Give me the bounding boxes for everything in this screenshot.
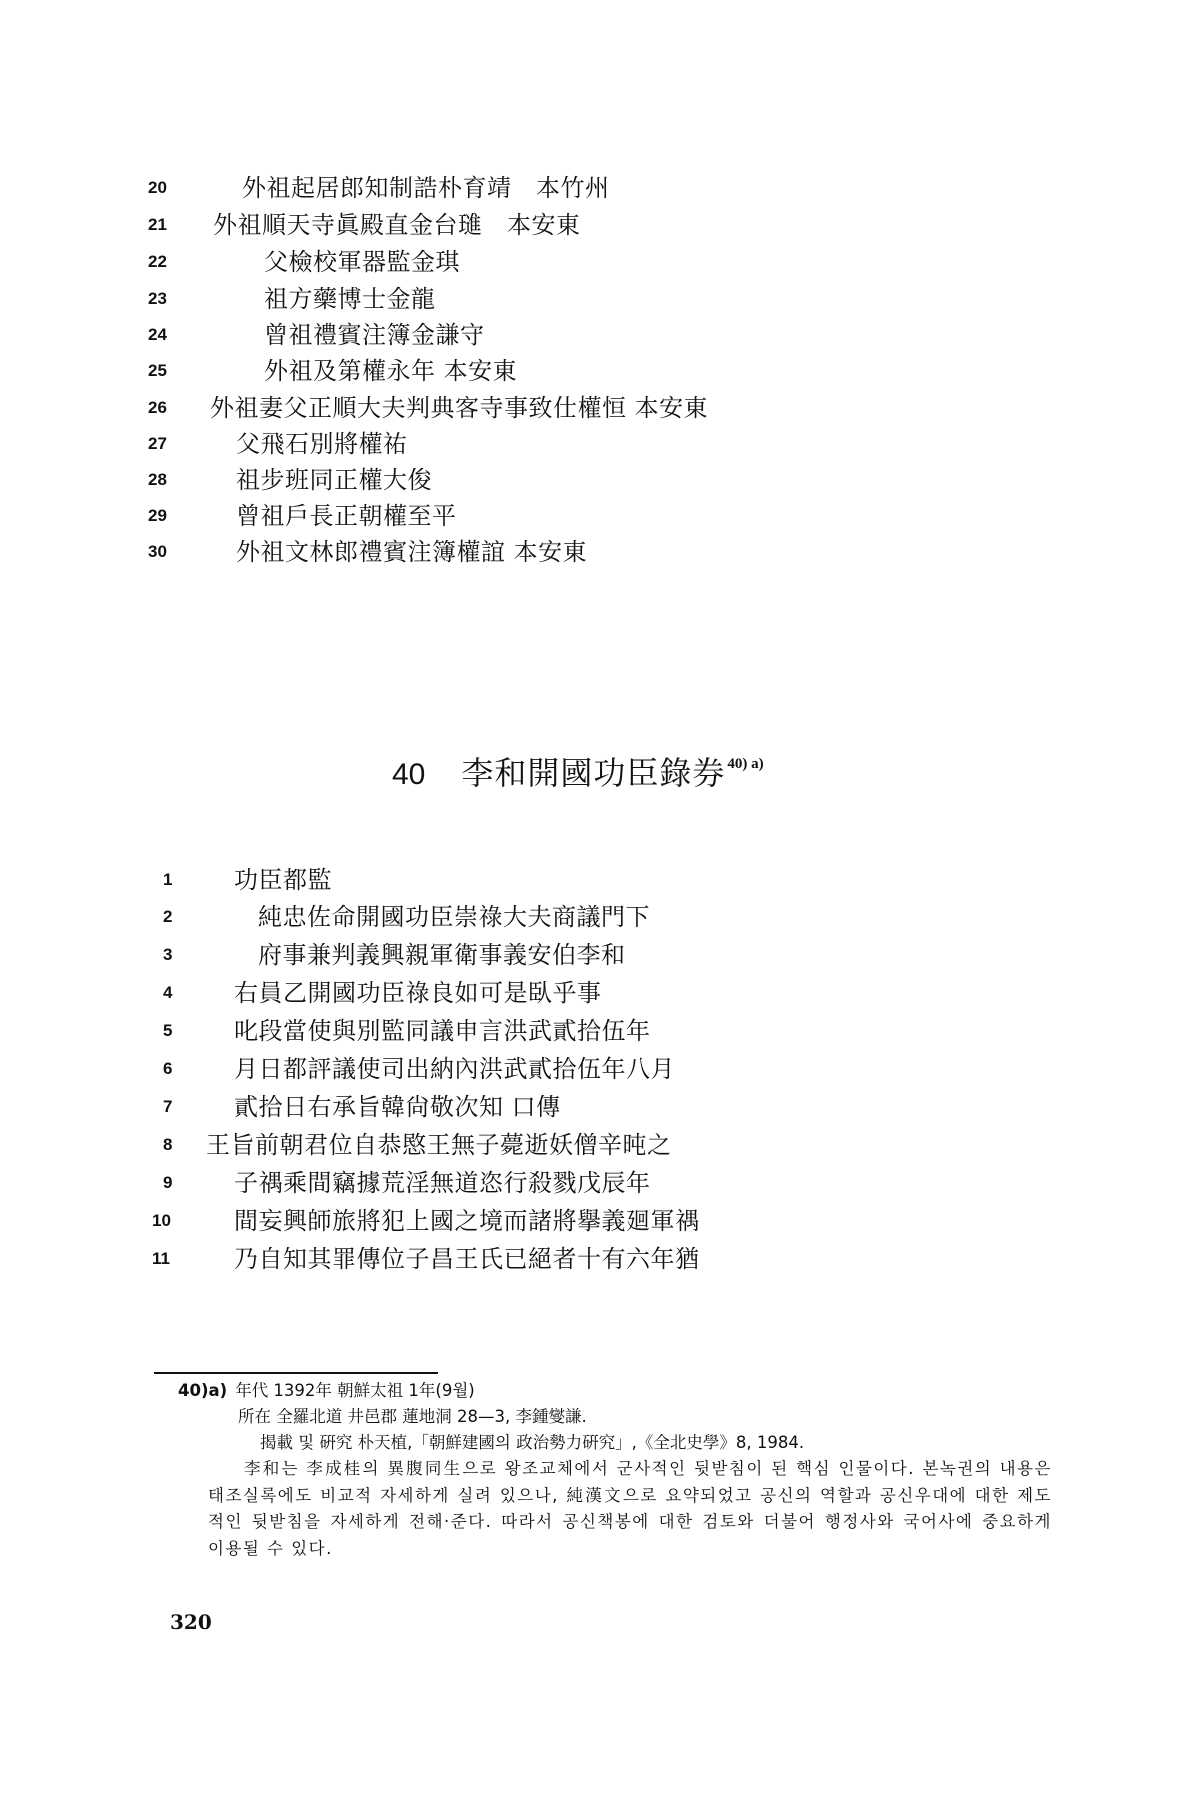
line-number: 4 — [163, 975, 203, 1011]
line-text: 父檢校軍器監金琪 — [264, 244, 460, 280]
line-number: 22 — [148, 244, 188, 280]
line-number: 5 — [163, 1013, 203, 1049]
line-number: 9 — [163, 1165, 203, 1201]
line-number: 3 — [163, 937, 203, 973]
footnote-era: 年代 1392年 朝鮮太祖 1年(9월) — [235, 1381, 475, 1400]
line-text: 王旨前朝君位自恭愍王無子薨逝妖僧辛旽之 — [206, 1127, 672, 1163]
line-text: 曾祖戶長正朝權至平 — [236, 498, 457, 534]
document-page: 20 外祖起居郎知制誥朴育靖 本竹州 21 外祖順天寺眞殿直金台璡 本安東 22… — [0, 0, 1200, 1800]
line-text: 月日都評議使司出納內洪武貳拾伍年八月 — [234, 1051, 675, 1087]
section-number: 40 — [392, 758, 425, 791]
line-number: 26 — [148, 390, 188, 426]
line-text: 外祖及第權永年 本安東 — [264, 353, 517, 389]
line-number: 29 — [148, 498, 188, 534]
footnote-location: 所在 全羅北道 井邑郡 蓮地洞 28—3, 李鍾燮謙. — [238, 1404, 587, 1430]
footnote-publication: 揭載 및 硏究 朴天植,「朝鮮建國의 政治勢力硏究」,《全北史學》8, 1984… — [260, 1430, 804, 1456]
line-number: 10 — [152, 1203, 192, 1239]
line-number: 25 — [148, 353, 188, 389]
footnote-commentary: 李和는 李成桂의 異腹同生으로 왕조교체에서 군사적인 뒷받침이 된 핵심 인물… — [208, 1456, 1052, 1562]
line-text: 曾祖禮賓注簿金謙守 — [264, 317, 485, 353]
line-text: 父飛石別將權祐 — [236, 426, 408, 462]
line-number: 11 — [152, 1241, 192, 1277]
line-number: 2 — [163, 899, 203, 935]
line-text: 府事兼判義興親軍衛事義安伯李和 — [258, 937, 626, 973]
line-text: 乃自知其罪傳位子昌王氏已絕者十有六年猶 — [234, 1241, 700, 1277]
line-text: 外祖順天寺眞殿直金台璡 本安東 — [213, 207, 581, 243]
section-heading: 40李和開國功臣錄券40) a) — [392, 742, 764, 797]
line-number: 1 — [163, 862, 203, 898]
line-number: 20 — [148, 170, 188, 206]
line-text: 外祖文林郎禮賓注簿權誼 本安東 — [236, 534, 587, 570]
line-text: 叱段當使與別監同議申言洪武貳拾伍年 — [234, 1013, 651, 1049]
footnote-era-line: 40)a)年代 1392年 朝鮮太祖 1年(9월) — [178, 1378, 475, 1404]
line-number: 23 — [148, 281, 188, 317]
line-number: 24 — [148, 317, 188, 353]
line-number: 6 — [163, 1051, 203, 1087]
line-text: 右員乙開國功臣祿良如可是臥乎事 — [234, 975, 602, 1011]
line-text: 功臣都監 — [234, 862, 332, 898]
line-text: 子禑乘間竊據荒淫無道恣行殺戮戊辰年 — [234, 1165, 651, 1201]
line-number: 28 — [148, 462, 188, 498]
line-text: 間妄興師旅將犯上國之境而諸將擧義廻軍禑 — [234, 1203, 700, 1239]
footnote-label: 40)a) — [178, 1381, 227, 1400]
footnote-divider — [154, 1372, 438, 1374]
line-text: 祖步班同正權大俊 — [236, 462, 432, 498]
line-number: 8 — [163, 1127, 203, 1163]
line-number: 21 — [148, 207, 188, 243]
line-text: 貳拾日右承旨韓尙敬次知 口傳 — [234, 1089, 561, 1125]
line-text: 外祖妻父正順大夫判典客寺事致仕權恒 本安東 — [210, 390, 708, 426]
line-text: 外祖起居郎知制誥朴育靖 本竹州 — [242, 170, 610, 206]
line-text: 純忠佐命開國功臣崇祿大夫商議門下 — [258, 899, 650, 935]
line-number: 30 — [148, 534, 188, 570]
line-text: 祖方藥博士金龍 — [264, 281, 436, 317]
page-number: 320 — [170, 1610, 212, 1634]
line-number: 27 — [148, 426, 188, 462]
section-title: 李和開國功臣錄券 — [461, 754, 725, 792]
footnote-reference: 40) a) — [727, 756, 763, 772]
line-number: 7 — [163, 1089, 203, 1125]
